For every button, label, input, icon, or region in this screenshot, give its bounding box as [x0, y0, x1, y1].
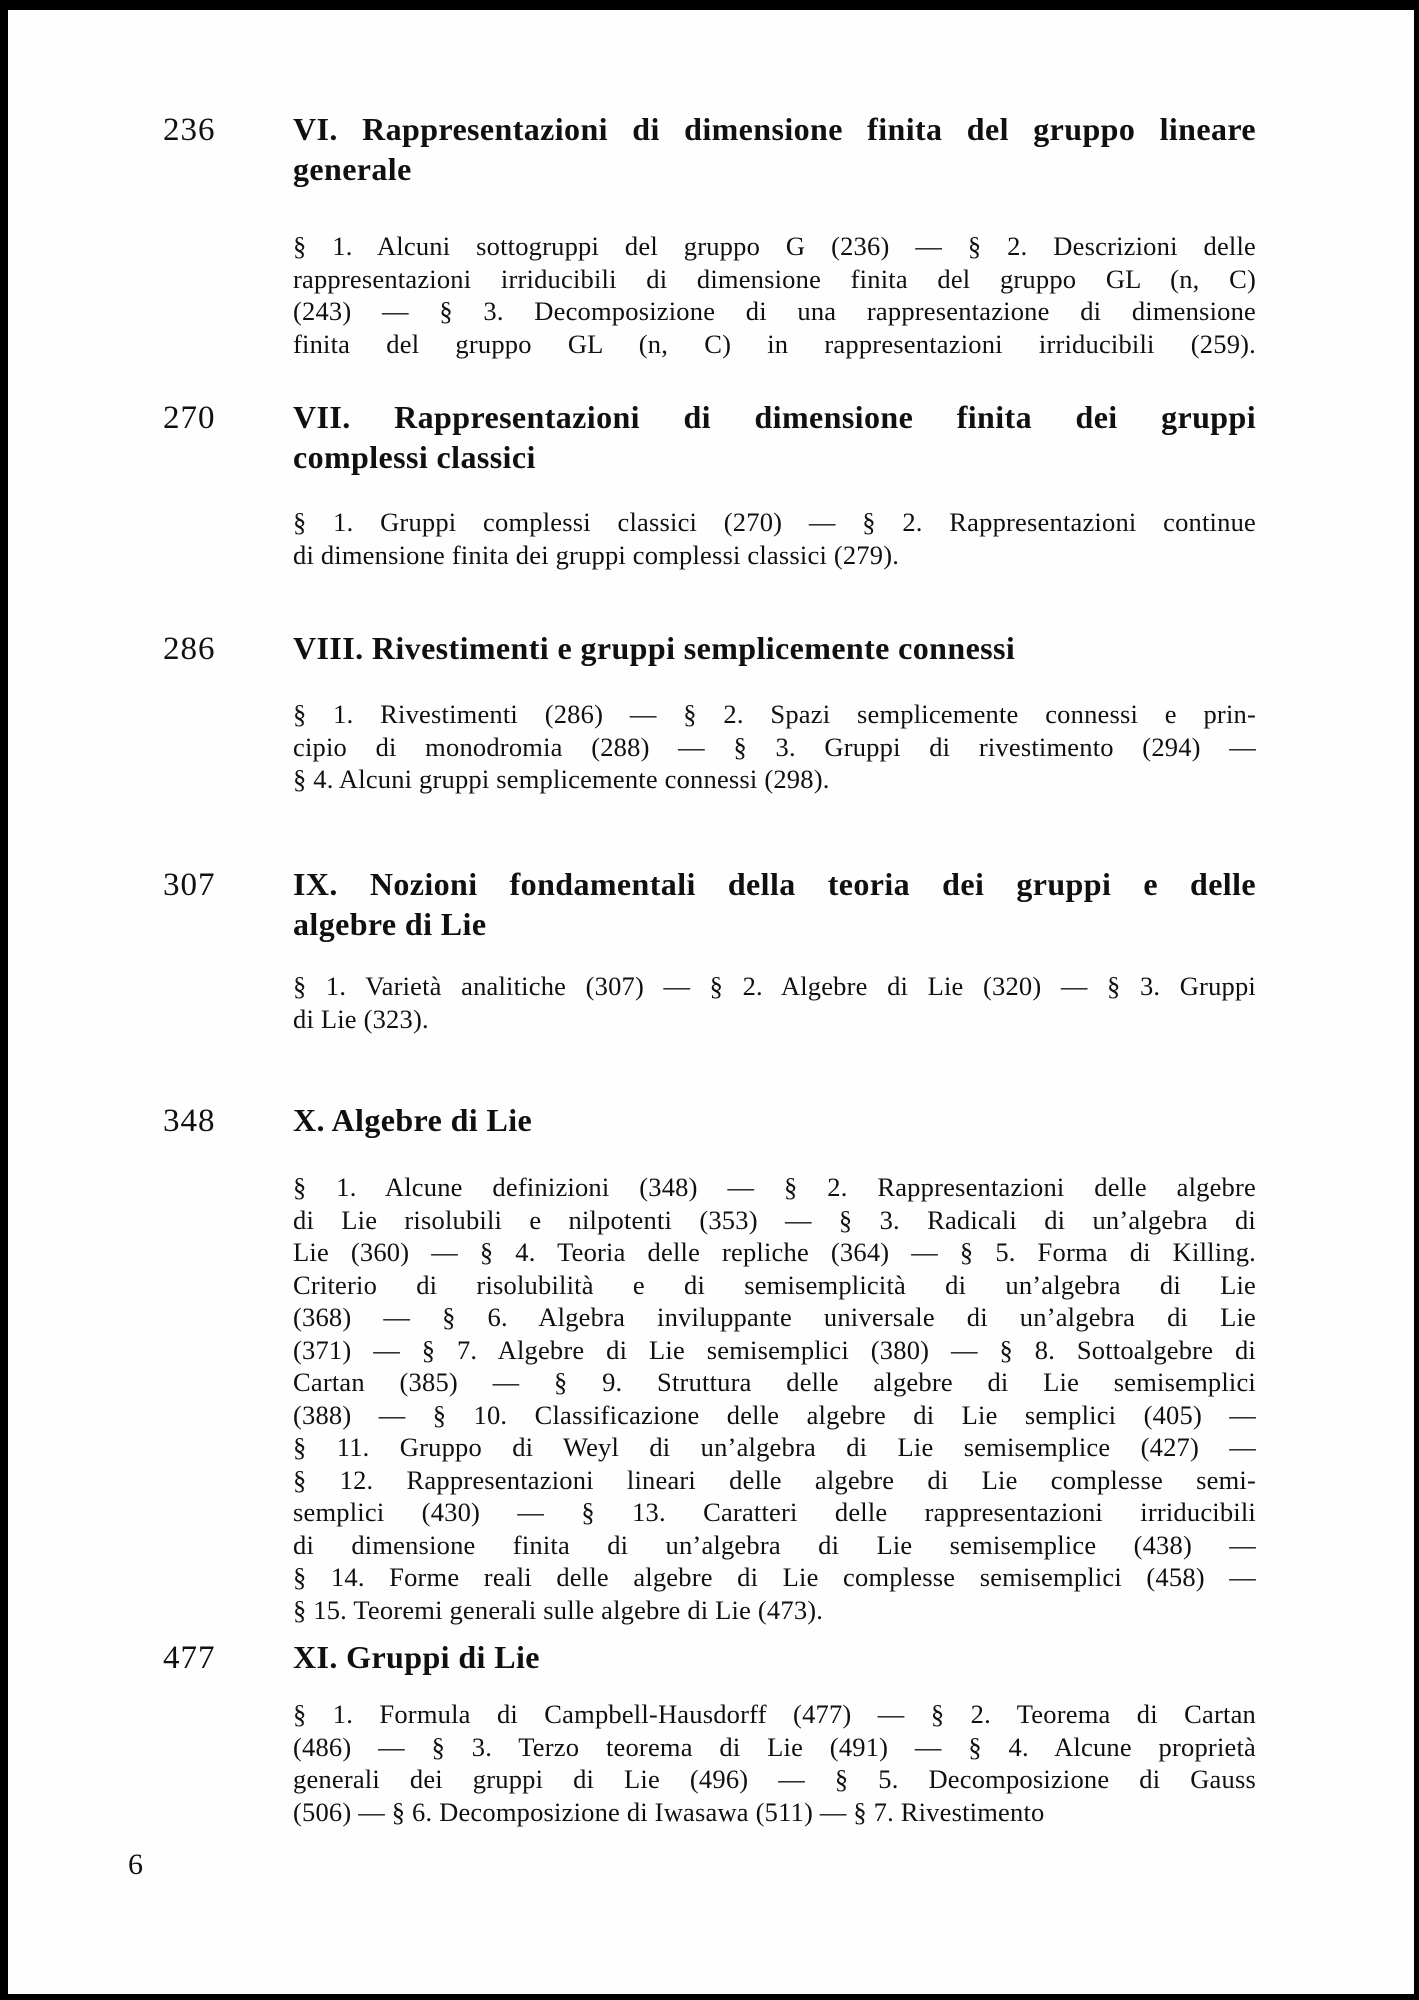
section-page-number: 270: [163, 398, 273, 438]
summary-line: Cartan (385) — § 9. Struttura delle alge…: [293, 1366, 1256, 1399]
summary-line: § 4. Alcuni gruppi semplicemente conness…: [293, 763, 1256, 796]
section-page-number: 477: [163, 1638, 273, 1678]
section-summary: § 1. Alcune definizioni (348) — § 2. Rap…: [293, 1171, 1256, 1626]
section-summary: § 1. Alcuni sottogruppi del gruppo G (23…: [293, 230, 1256, 360]
summary-line: § 1. Rivestimenti (286) — § 2. Spazi sem…: [293, 698, 1256, 731]
summary-line: § 1. Gruppi complessi classici (270) — §…: [293, 506, 1256, 539]
toc-section-ix: 307 IX. Nozioni fondamentali della teori…: [293, 864, 1256, 1035]
section-summary: § 1. Rivestimenti (286) — § 2. Spazi sem…: [293, 698, 1256, 796]
summary-line: semplici (430) — § 13. Caratteri delle r…: [293, 1496, 1256, 1529]
summary-line: § 14. Forme reali delle algebre di Lie c…: [293, 1561, 1256, 1594]
toc-section-vi: 236 VI. Rappresentazioni di dimensione f…: [293, 109, 1256, 360]
section-title: VII. Rappresentazioni di dimensione fini…: [293, 397, 1256, 477]
section-summary: § 1. Varietà analitiche (307) — § 2. Alg…: [293, 970, 1256, 1035]
summary-line: di Lie risolubili e nilpotenti (353) — §…: [293, 1204, 1256, 1237]
section-page-number: 286: [163, 629, 273, 669]
section-title: IX. Nozioni fondamentali della teoria de…: [293, 864, 1256, 944]
summary-line: § 1. Formula di Campbell-Hausdorff (477)…: [293, 1698, 1256, 1731]
section-title-line: XI. Gruppi di Lie: [293, 1637, 1256, 1677]
book-page: 236 VI. Rappresentazioni di dimensione f…: [0, 0, 1419, 2000]
toc-section-xi: 477 XI. Gruppi di Lie § 1. Formula di Ca…: [293, 1637, 1256, 1828]
page-folio-number: 6: [128, 1847, 143, 1883]
section-title: VI. Rappresentazioni di dimensione finit…: [293, 109, 1256, 189]
summary-line: § 12. Rappresentazioni lineari delle alg…: [293, 1464, 1256, 1497]
section-title-line: X. Algebre di Lie: [293, 1100, 1256, 1140]
section-title-line: VII. Rappresentazioni di dimensione fini…: [293, 397, 1256, 437]
summary-line: § 1. Alcune definizioni (348) — § 2. Rap…: [293, 1171, 1256, 1204]
summary-line: Criterio di risolubilità e di semisempli…: [293, 1269, 1256, 1302]
summary-line: (368) — § 6. Algebra inviluppante univer…: [293, 1301, 1256, 1334]
summary-line: rappresentazioni irriducibili di dimensi…: [293, 263, 1256, 296]
toc-section-vii: 270 VII. Rappresentazioni di dimensione …: [293, 397, 1256, 571]
summary-line: generali dei gruppi di Lie (496) — § 5. …: [293, 1763, 1256, 1796]
summary-line: di dimensione finita dei gruppi compless…: [293, 539, 1256, 572]
section-title-line: algebre di Lie: [293, 904, 1256, 944]
section-page-number: 348: [163, 1101, 273, 1141]
section-page-number: 236: [163, 110, 273, 150]
summary-line: (371) — § 7. Algebre di Lie semisemplici…: [293, 1334, 1256, 1367]
summary-line: (486) — § 3. Terzo teorema di Lie (491) …: [293, 1731, 1256, 1764]
summary-line: § 15. Teoremi generali sulle algebre di …: [293, 1594, 1256, 1627]
section-title-line: IX. Nozioni fondamentali della teoria de…: [293, 864, 1256, 904]
toc-section-viii: 286 VIII. Rivestimenti e gruppi semplice…: [293, 628, 1256, 796]
section-title: X. Algebre di Lie: [293, 1100, 1256, 1140]
summary-line: finita del gruppo GL (n, C) in rappresen…: [293, 328, 1256, 361]
summary-line: di dimensione finita di un’algebra di Li…: [293, 1529, 1256, 1562]
section-summary: § 1. Gruppi complessi classici (270) — §…: [293, 506, 1256, 571]
section-page-number: 307: [163, 865, 273, 905]
summary-line: (506) — § 6. Decomposizione di Iwasawa (…: [293, 1796, 1256, 1829]
section-title-line: generale: [293, 149, 1256, 189]
section-title-line: complessi classici: [293, 437, 1256, 477]
summary-line: § 1. Alcuni sottogruppi del gruppo G (23…: [293, 230, 1256, 263]
section-summary: § 1. Formula di Campbell-Hausdorff (477)…: [293, 1698, 1256, 1828]
summary-line: (388) — § 10. Classificazione delle alge…: [293, 1399, 1256, 1432]
section-title: VIII. Rivestimenti e gruppi semplicement…: [293, 628, 1256, 668]
summary-line: § 11. Gruppo di Weyl di un’algebra di Li…: [293, 1431, 1256, 1464]
summary-line: cipio di monodromia (288) — § 3. Gruppi …: [293, 731, 1256, 764]
summary-line: (243) — § 3. Decomposizione di una rappr…: [293, 295, 1256, 328]
section-title-line: VI. Rappresentazioni di dimensione finit…: [293, 109, 1256, 149]
section-title: XI. Gruppi di Lie: [293, 1637, 1256, 1677]
summary-line: § 1. Varietà analitiche (307) — § 2. Alg…: [293, 970, 1256, 1003]
section-title-line: VIII. Rivestimenti e gruppi semplicement…: [293, 628, 1256, 668]
toc-section-x: 348 X. Algebre di Lie § 1. Alcune defini…: [293, 1100, 1256, 1626]
summary-line: Lie (360) — § 4. Teoria delle repliche (…: [293, 1236, 1256, 1269]
summary-line: di Lie (323).: [293, 1003, 1256, 1036]
